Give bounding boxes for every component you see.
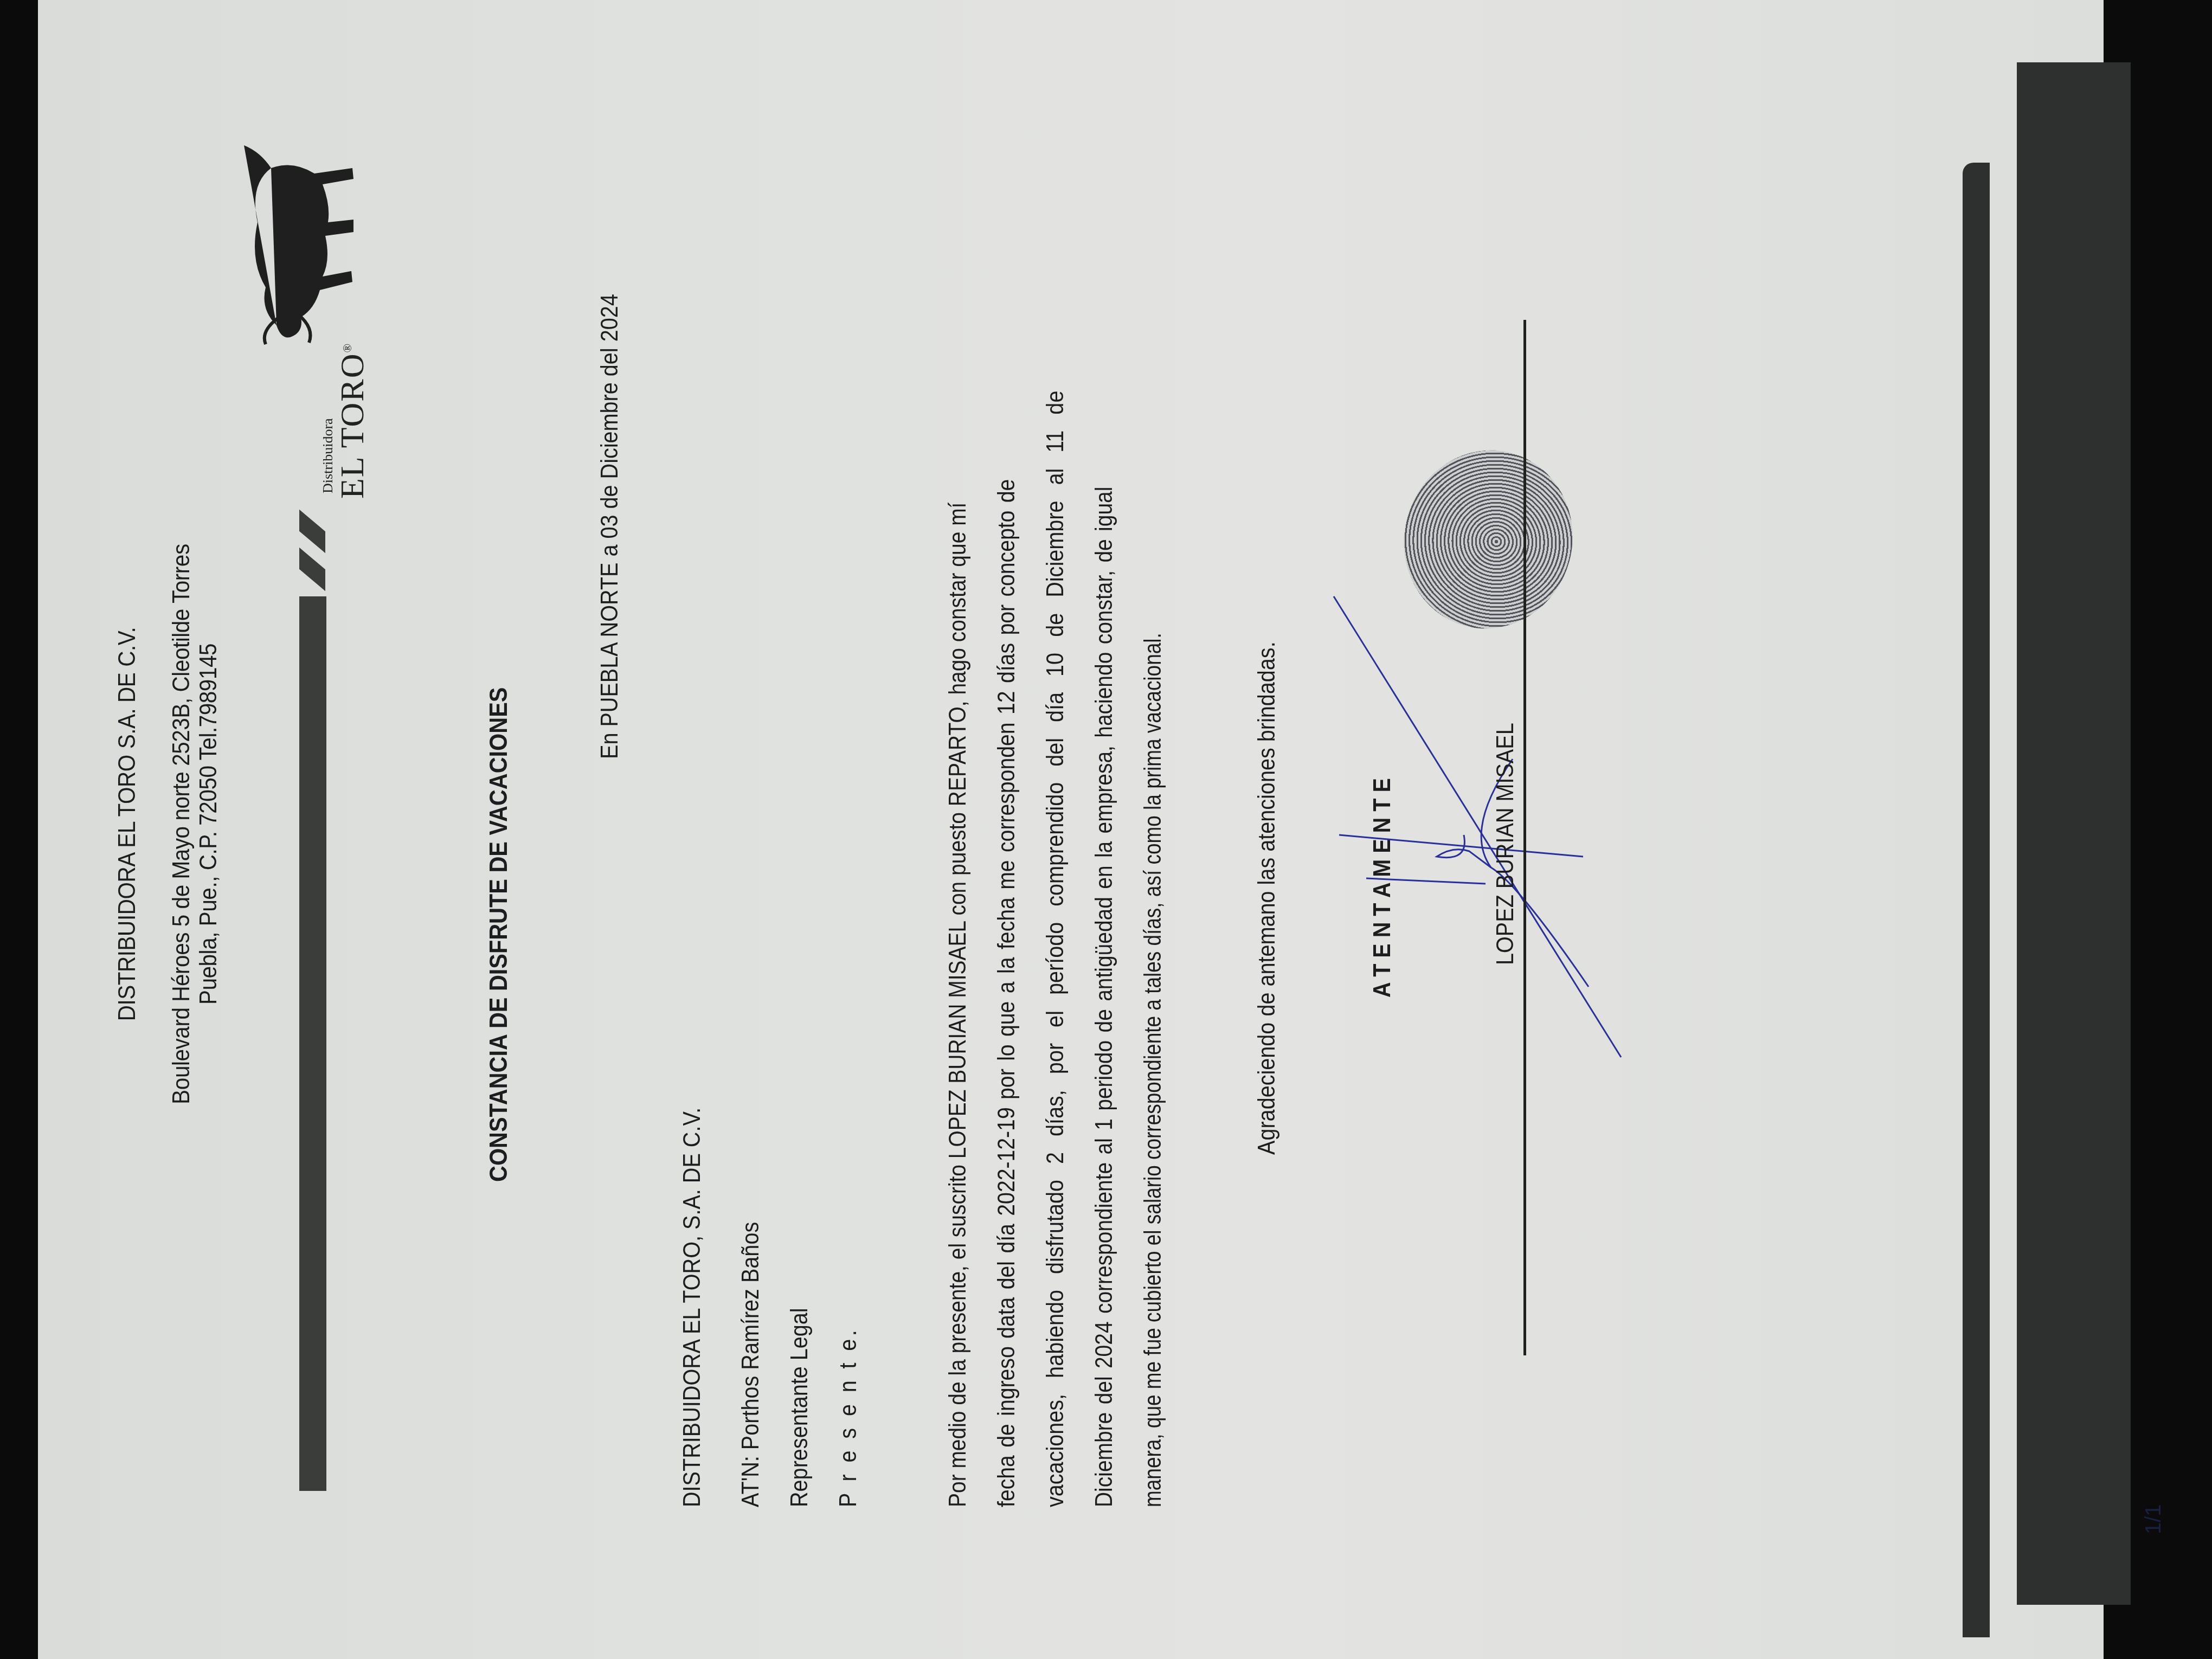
body-line: vacaciones, habiendo disfrutado 2 días, … xyxy=(1042,391,1069,1507)
document-title: CONSTANCIA DE DISFRUTE DE VACACIONES xyxy=(484,687,513,1182)
company-logo: Distribuidora EL TORO® xyxy=(222,141,385,531)
footer-decoration-bar-thin xyxy=(1963,163,1990,1637)
recipient-greeting: P r e s e n t e. xyxy=(835,1327,862,1507)
header-decoration-bar xyxy=(299,596,326,1491)
body-line: Diciembre del 2024 correspondiente al 1 … xyxy=(1091,487,1118,1507)
paper-sheet: DISTRIBUIDORA EL TORO S.A. DE C.V. Boule… xyxy=(38,0,2104,1659)
page-number: 1/1 xyxy=(2142,1504,2166,1534)
place-date: En PUEBLA NORTE a 03 de Diciembre del 20… xyxy=(596,294,623,759)
signature-line xyxy=(1523,320,1526,1355)
signatory-name: LOPEZ BURIAN MISAEL xyxy=(1492,723,1519,965)
body-line: Por medio de la presente, el suscrito LO… xyxy=(944,503,972,1507)
letterhead-address-1: Boulevard Héroes 5 de Mayo norte 2523B, … xyxy=(168,430,195,1218)
closing-text: Agradeciendo de antemano las atenciones … xyxy=(1253,641,1281,1155)
header-decoration-segment xyxy=(299,548,325,591)
body-line: manera, que me fue cubierto el salario c… xyxy=(1140,633,1167,1507)
body-line: fecha de ingreso data del día 2022-12-19… xyxy=(993,479,1020,1507)
recipient-attention: AT'N: Porthos Ramírez Baños xyxy=(737,1222,764,1507)
bull-icon xyxy=(228,141,369,347)
document-page: DISTRIBUIDORA EL TORO S.A. DE C.V. Boule… xyxy=(38,0,2212,1659)
logo-brand-text: EL TORO xyxy=(334,353,371,499)
recipient-company: DISTRIBUIDORA EL TORO, S.A. DE C.V. xyxy=(679,1108,706,1507)
footer-decoration-bar-wide xyxy=(2017,62,2131,1605)
logo-brand: EL TORO® xyxy=(333,343,372,499)
letterhead-company: DISTRIBUIDORA EL TORO S.A. DE C.V. xyxy=(114,575,141,1073)
handwritten-signature xyxy=(1328,575,1632,1063)
recipient-role: Representante Legal xyxy=(786,1308,813,1507)
letterhead-address-2: Puebla, Pue., C.P. 72050 Tel.7989145 xyxy=(195,505,222,1143)
